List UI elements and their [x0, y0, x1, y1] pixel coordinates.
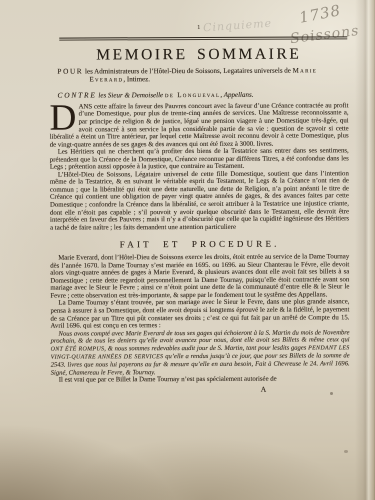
page-right-edge [355, 0, 375, 500]
signature-catchword: A [261, 384, 350, 393]
paragraph-opening-text: ANS cette affaire la faveur des Pauvres … [50, 102, 349, 148]
paragraph-opening: DANS cette affaire la faveur des Pauvres… [50, 102, 349, 149]
contre-party-name: de Longueval [165, 91, 220, 99]
paragraph-dame-tournay: La Dame Tournay s’étant trouvée, par son… [50, 299, 349, 330]
paragraph-marie-everard: Marie Everard, dont l’Hôtel-Dieu de Sois… [50, 254, 349, 301]
binding-gutter-edge [0, 0, 14, 500]
document-title: MEMOIRE SOMMAIRE [49, 45, 348, 64]
paragraph-hotel-dieu: L’Hôtel-Dieu de Soissons, Légataire univ… [50, 170, 349, 232]
drop-cap: D [50, 104, 76, 132]
contre-line: CONTRE les Sieur & Demoiselle de Longuev… [57, 90, 346, 100]
contre-text: les Sieur & Demoiselle [97, 91, 165, 99]
pour-line: POUR les Administrateurs de l’Hôtel-Dieu… [57, 66, 346, 84]
paragraph-heirs: Les Héritiers qui ne cherchent qu’à prof… [50, 148, 349, 172]
printed-page-content: 1 MEMOIRE SOMMAIRE POUR les Administrate… [49, 21, 350, 394]
quote-seg1: Nous avons compté avec Marie Everard de … [51, 329, 350, 345]
pour-suffix: , Intimez. [123, 76, 150, 84]
contre-keyword: CONTRE [57, 90, 96, 99]
page-number: 1 [197, 25, 200, 31]
closing-line: Il est vrai que par ce Billet la Dame To… [51, 376, 350, 385]
pour-text: les Administrateurs de l’Hôtel-Dieu de S… [83, 67, 292, 76]
quote-seg3: , & nous sommes redevables audit jour de… [104, 344, 308, 352]
pour-keyword: POUR [57, 67, 83, 76]
contre-suffix: , Appellans. [220, 90, 253, 98]
section-heading: FAIT ET PROCEDURE. [50, 239, 349, 250]
scanned-page-photo: 1738 Soissons Cinquieme 1 MEMOIRE SOMMAI… [0, 0, 375, 500]
header-double-rule [59, 36, 347, 40]
quote-caps-rompus: ONT ÉTÉ ROMPUS [51, 346, 105, 352]
quoted-account-settlement: Nous avons compté avec Marie Everard de … [51, 329, 350, 377]
paper-speck [344, 450, 348, 453]
